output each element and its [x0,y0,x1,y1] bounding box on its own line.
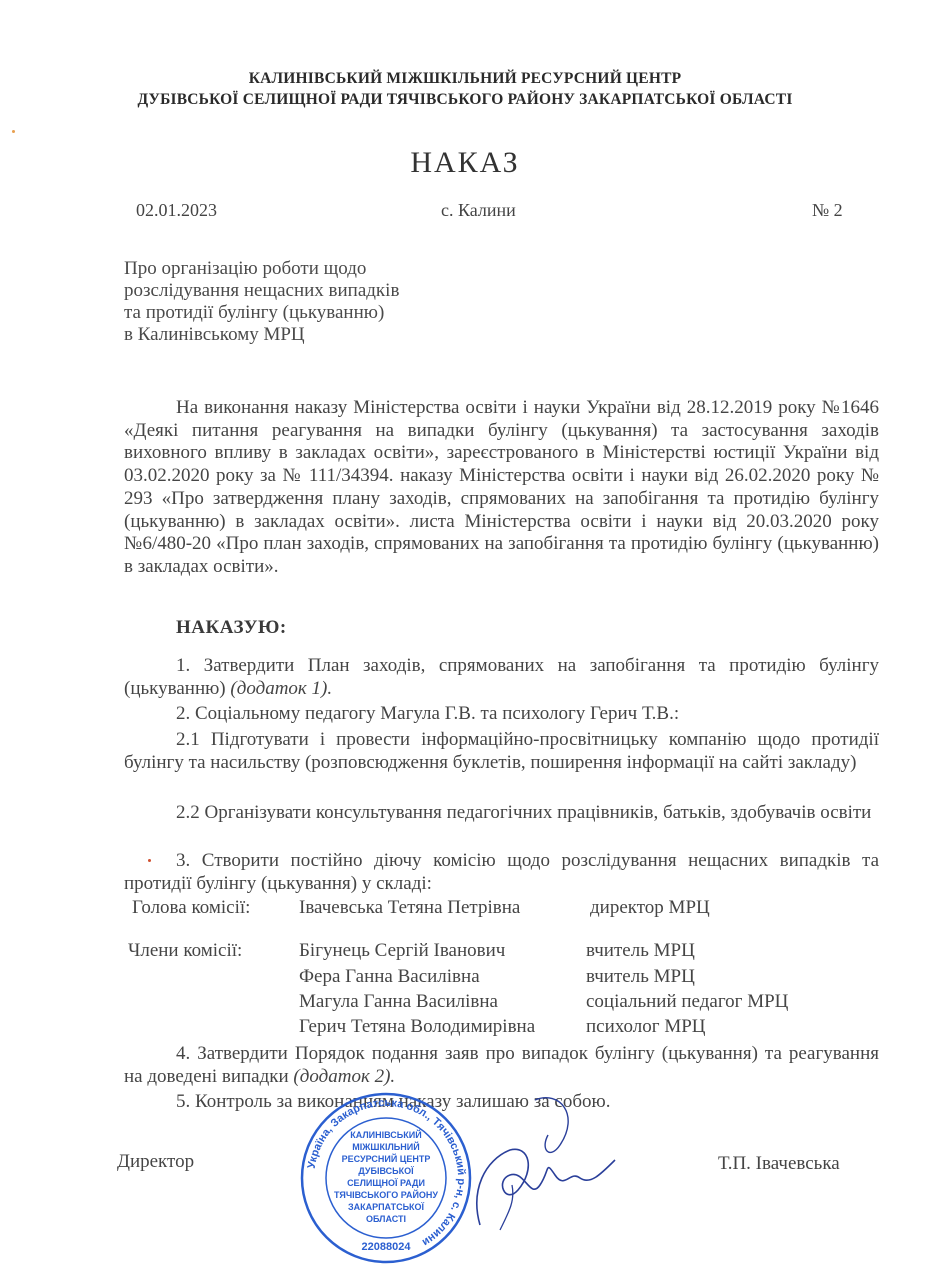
commission-head-name: Івачевська Тетяна Петрівна [299,897,520,919]
member-role: психолог МРЦ [586,1016,706,1038]
preamble-paragraph: На виконання наказу Міністерства освіти … [124,397,879,579]
order-heading: НАКАЗУЮ: [176,617,287,639]
item-2-1-text: 2.1 Підготувати і провести інформаційно-… [124,729,879,773]
svg-text:КАЛИНІВСЬКИЙ: КАЛИНІВСЬКИЙ [350,1129,421,1140]
svg-text:ДУБІВСЬКОЇ: ДУБІВСЬКОЇ [358,1166,414,1176]
handwritten-signature [440,1090,620,1240]
item-4-text: 4. Затвердити Порядок подання заяв про в… [124,1043,879,1087]
item-4-note: (додаток 2). [293,1066,395,1087]
member-role: вчитель МРЦ [586,966,695,988]
document-title: НАКАЗ [0,146,930,180]
item-4: 4. Затвердити Порядок подання заяв про в… [124,1043,879,1088]
member-name: Герич Тетяна Володимирівна [299,1016,535,1038]
item-1-note: (додаток 1). [230,678,332,699]
org-name-line-1: КАЛИНІВСЬКИЙ МІЖШКІЛЬНИЙ РЕСУРСНИЙ ЦЕНТР [0,70,930,88]
signatory-position: Директор [117,1151,194,1173]
subject-line: розслідування нещасних випадків [124,280,399,302]
document-date: 02.01.2023 [136,200,217,221]
scan-speck [148,859,151,862]
org-name-line-2: ДУБІВСЬКОЇ СЕЛИЩНОЇ РАДИ ТЯЧІВСЬКОГО РАЙ… [0,91,930,109]
svg-text:СЕЛИЩНОЇ РАДИ: СЕЛИЩНОЇ РАДИ [347,1178,425,1188]
commission-head-label: Голова комісії: [132,897,250,919]
signatory-name: Т.П. Івачевська [718,1153,840,1175]
member-name: Бігунець Сергій Іванович [299,940,505,962]
item-2: 2. Соціальному педагогу Магула Г.В. та п… [124,703,879,726]
subject-line: Про організацію роботи щодо [124,258,399,280]
svg-text:ТЯЧІВСЬКОГО РАЙОНУ: ТЯЧІВСЬКОГО РАЙОНУ [334,1189,438,1200]
scan-speck [12,130,15,133]
order-subject: Про організацію роботи щодо розслідуванн… [124,258,399,346]
item-2-2: 2.2 Організувати консультування педагогі… [124,802,879,825]
svg-text:МІЖШКІЛЬНИЙ: МІЖШКІЛЬНИЙ [352,1141,419,1152]
item-2-text: 2. Соціальному педагогу Магула Г.В. та п… [176,703,679,724]
item-1: 1. Затвердити План заходів, спрямованих … [124,655,879,700]
item-3: 3. Створити постійно діючу комісію щодо … [124,850,879,895]
subject-line: та протидії булінгу (цькуванню) [124,302,399,324]
svg-text:ОБЛАСТІ: ОБЛАСТІ [366,1214,406,1224]
svg-text:РЕСУРСНИЙ ЦЕНТР: РЕСУРСНИЙ ЦЕНТР [342,1153,431,1164]
item-2-2-text: 2.2 Організувати консультування педагогі… [176,802,871,823]
signature-icon [440,1090,620,1240]
document-place: с. Калини [441,200,516,221]
preamble-text: На виконання наказу Міністерства освіти … [124,397,879,577]
member-name: Магула Ганна Василівна [299,991,498,1013]
member-role: вчитель МРЦ [586,940,695,962]
member-name: Фера Ганна Василівна [299,966,480,988]
svg-text:22088024: 22088024 [362,1241,412,1253]
member-role: соціальний педагог МРЦ [586,991,788,1013]
subject-line: в Калинівському МРЦ [124,324,399,346]
commission-members-label: Члени комісії: [128,940,242,962]
commission-head-role: директор МРЦ [590,897,710,919]
document-number: № 2 [812,200,843,221]
item-3-text: 3. Створити постійно діючу комісію щодо … [124,850,879,894]
svg-text:ЗАКАРПАТСЬКОЇ: ЗАКАРПАТСЬКОЇ [348,1202,425,1212]
item-2-1: 2.1 Підготувати і провести інформаційно-… [124,729,879,774]
